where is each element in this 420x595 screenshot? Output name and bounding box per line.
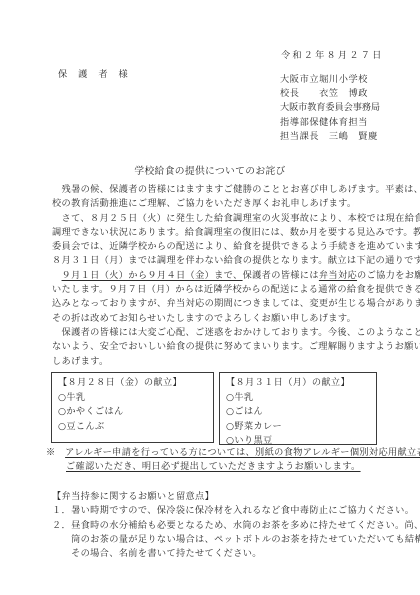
body-text: 残暑の候、保護者の皆様にはますますご健勝のこととお喜び申しあげます。平素は、本 … bbox=[52, 183, 372, 369]
tips-item: 筒のお茶の量が足りない場合は、ペットボトルのお茶を持たせていただいても結構です。 bbox=[52, 533, 420, 547]
menu-item: ○かやくごはん bbox=[58, 405, 207, 420]
bento-tips: 【弁当持参に関するお願いと留意点】 １．暑い時期ですので、保冷袋に保冷材を入れる… bbox=[52, 490, 420, 561]
allergy-note: ※ アレルギー申請を行っている方については、別紙の食物アレルギー個別対応用献立表… bbox=[46, 446, 420, 474]
body-p3-line: 込みとなっておりますが、弁当対応の期間につきましては、変更が生じる場合があります… bbox=[52, 297, 372, 311]
sender-block: 大阪市立堀川小学校 校長 衣笠 博政 大阪市教育委員会事務局 指導部保健体育担当… bbox=[280, 73, 370, 144]
body-p3-text: のご協力をお願い bbox=[357, 270, 420, 281]
body-p4-line: ないよう、安全でおいしい給食の提供に努めてまいります。ご理解賜りますようお願い申 bbox=[52, 340, 372, 354]
menu-item: ○牛乳 bbox=[58, 391, 207, 406]
sender-manager: 担当課長 三嶋 賢慶 bbox=[280, 130, 370, 144]
tips-item: その場合、名前を書いて持たせてください。 bbox=[52, 547, 420, 561]
bento-underlined: 弁当対応 bbox=[319, 270, 357, 281]
body-p2-line: 調理できない状況にあります。給食調理室の復旧には、数か月を要する見込みです。教育 bbox=[52, 226, 372, 240]
menu-heading: 【８月２８日（金）の献立】 bbox=[58, 376, 207, 391]
body-p2-line: さて、８月２５日（火）に発生した給食調理室の火災事故により、本校では現在給食が bbox=[52, 212, 372, 226]
sender-principal: 校長 衣笠 博政 bbox=[280, 87, 370, 101]
tips-item: １．暑い時期ですので、保冷袋に保冷材を入れるなど食中毒防止にご協力ください。 bbox=[52, 504, 420, 518]
menu-item: ○野菜カレー bbox=[226, 420, 370, 435]
allergy-note-line: ※ アレルギー申請を行っている方については、別紙の食物アレルギー個別対応用献立表… bbox=[46, 446, 420, 460]
body-p3-line: ９月１日（火）から９月４日（金）まで、保護者の皆様には弁当対応のご協力をお願い bbox=[52, 269, 372, 283]
tips-heading: 【弁当持参に関するお願いと留意点】 bbox=[52, 490, 420, 504]
allergy-note-text: アレルギー申請を行っている方については、別紙の食物アレルギー個別対応用献立表を bbox=[65, 447, 420, 458]
body-p2-line: ８月３１日（月）までは調理を伴わない給食の提供となります。献立は下記の通りです。 bbox=[52, 254, 372, 268]
body-p2-line: 委員会では、近隣学校からの配送により、給食を提供できるよう手続きを進めていますが… bbox=[52, 240, 372, 254]
body-p3-text: 保護者の皆様には bbox=[243, 270, 319, 281]
lunch-period-underlined: ９月１日（火）から９月４日（金）まで、 bbox=[62, 270, 243, 281]
sender-division: 指導部保健体育担当 bbox=[280, 116, 370, 130]
letter-date: 令和２年８月２７日 bbox=[281, 47, 384, 61]
sender-board: 大阪市教育委員会事務局 bbox=[280, 101, 370, 115]
menu-box-aug31: 【８月３１日（月）の献立】 ○牛乳 ○ごはん ○野菜カレー ○いり黒豆 bbox=[219, 372, 377, 445]
body-p1-line: 校の教育活動推進にご理解、ご協力をいただき厚くお礼申しあげます。 bbox=[52, 197, 372, 211]
menu-heading: 【８月３１日（月）の献立】 bbox=[226, 376, 370, 391]
body-p4-line: 保護者の皆様には大変ご心配、ご迷惑をおかけしております。今後、このようなことが bbox=[52, 326, 372, 340]
allergy-note-line: ご確認いただき、明日必ず提出していただきますようお願いします。 bbox=[46, 460, 420, 474]
allergy-note-text: ご確認いただき、明日必ず提出していただきますようお願いします。 bbox=[66, 461, 361, 472]
tips-item: ２．昼食時の水分補給も必要となるため、水筒のお茶を多めに持たせてください。尚、水 bbox=[52, 519, 420, 533]
body-p3-line: いたします。９月７日（月）からは近隣学校からの配送による通常の給食を提供できる見 bbox=[52, 283, 372, 297]
menu-item: ○豆こんぶ bbox=[58, 420, 207, 435]
body-p1-line: 残暑の候、保護者の皆様にはますますご健勝のこととお喜び申しあげます。平素は、本 bbox=[52, 183, 372, 197]
body-p4-line: しあげます。 bbox=[52, 355, 372, 369]
addressee: 保護者様 bbox=[58, 66, 139, 80]
note-mark: ※ bbox=[46, 447, 56, 458]
sender-school: 大阪市立堀川小学校 bbox=[280, 73, 370, 87]
menu-item: ○ごはん bbox=[226, 405, 370, 420]
body-p3-line: その折は改めてお知らせいたしますのでよろしくお願い申しあげます。 bbox=[52, 312, 372, 326]
menu-box-aug28: 【８月２８日（金）の献立】 ○牛乳 ○かやくごはん ○豆こんぶ bbox=[51, 372, 214, 443]
menu-item: ○牛乳 bbox=[226, 391, 370, 406]
document-title: 学校給食の提供についてのお詫び bbox=[0, 163, 420, 177]
